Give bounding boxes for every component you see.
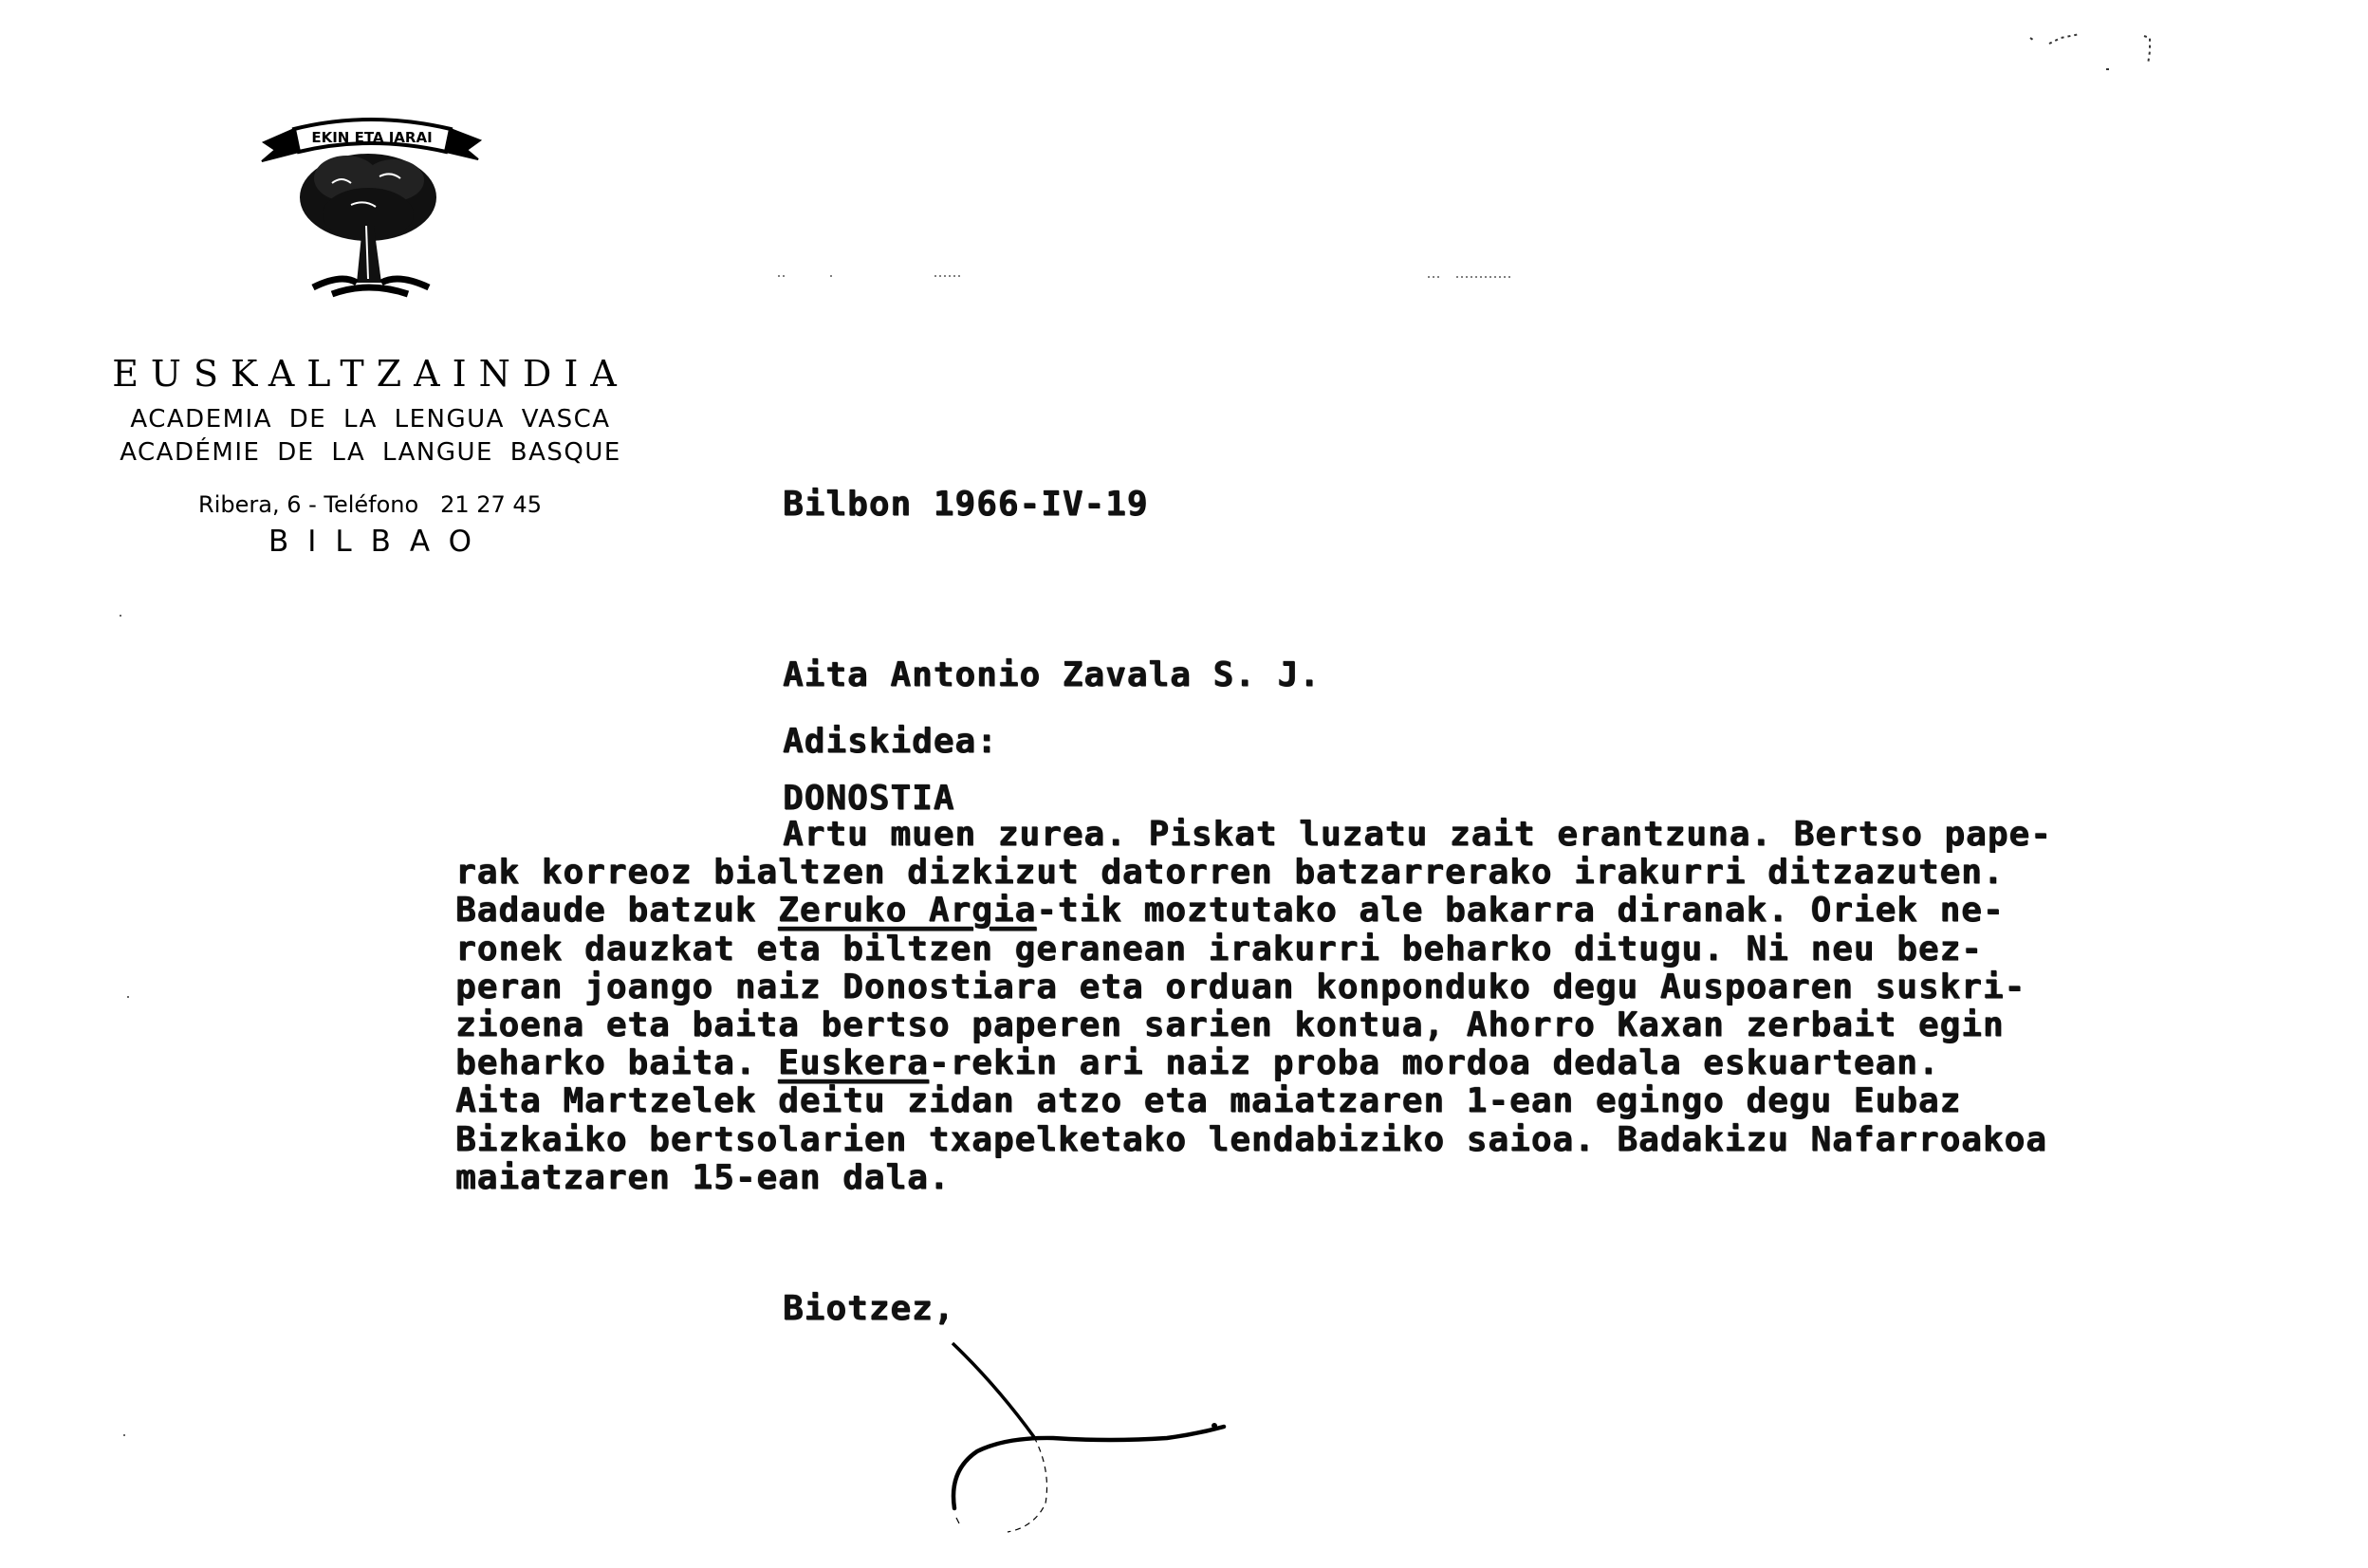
- org-name: EUSKALTZAINDIA: [112, 353, 629, 395]
- body-line: zioena eta baita bertso paperen sarien k…: [455, 1006, 2334, 1044]
- body-line: rak korreoz bialtzen dizkizut datorren b…: [455, 854, 2334, 892]
- handwritten-mark-icon: [1992, 17, 2182, 74]
- underlined-title: Euskera: [778, 1043, 929, 1082]
- body-text-run: Aita Martzelek deitu zidan atzo eta maia…: [455, 1081, 1961, 1120]
- org-city: BILBAO: [142, 525, 598, 559]
- letterhead-logo: EKIN ETA JARAI: [256, 93, 484, 302]
- oak-tree-emblem-icon: EKIN ETA JARAI: [256, 93, 484, 302]
- body-line: beharko baita. Euskera-rekin ari naiz pr…: [455, 1044, 2334, 1082]
- body-text-run: ronek dauzkat eta biltzen geranean iraku…: [455, 930, 1983, 968]
- body-line: Bizkaiko bertsolarien txapelketako lenda…: [455, 1121, 2334, 1159]
- org-subtitle-spanish: ACADEMIA DE LA LENGUA VASCA: [112, 405, 629, 434]
- body-line: Artu muen zurea. Piskat luzatu zait eran…: [455, 816, 2334, 854]
- org-address: Ribera, 6 - Teléfono 21 27 45: [142, 491, 598, 518]
- letter-body: Artu muen zurea. Piskat luzatu zait eran…: [455, 816, 2334, 1197]
- underlined-title: Zeruko Argia: [778, 891, 1036, 930]
- body-line: Aita Martzelek deitu zidan atzo eta maia…: [455, 1082, 2334, 1120]
- body-line: ronek dauzkat eta biltzen geranean iraku…: [455, 931, 2334, 968]
- body-text-run: -rekin ari naiz proba mordoa dedala esku…: [929, 1043, 1940, 1082]
- body-line: maiatzaren 15-ean dala.: [455, 1159, 2334, 1197]
- body-text-run: zioena eta baita bertso paperen sarien k…: [455, 1005, 2005, 1044]
- body-text-run: rak korreoz bialtzen dizkizut datorren b…: [455, 853, 2005, 892]
- scan-speck: [127, 996, 129, 998]
- addressee-name: Aita Antonio Zavala S. J.: [783, 656, 1321, 704]
- scan-speck: [123, 1434, 125, 1436]
- body-text-run: Badaude batzuk: [455, 891, 778, 930]
- body-text-run: maiatzaren 15-ean dala.: [455, 1158, 951, 1197]
- letter-date: Bilbon 1966-IV-19: [783, 486, 1148, 524]
- closing: Biotzez,: [783, 1290, 954, 1328]
- body-text-run: Artu muen zurea. Piskat luzatu zait eran…: [783, 815, 2052, 854]
- body-text-run: Bizkaiko bertsolarien txapelketako lenda…: [455, 1120, 2047, 1159]
- faint-rule-marks: [773, 270, 1627, 280]
- salutation: Adiskidea:: [783, 723, 998, 761]
- body-text-run: -tik moztutako ale bakarra diranak. Orie…: [1036, 891, 2004, 930]
- org-subtitle-french: ACADÉMIE DE LA LANGUE BASQUE: [112, 438, 629, 467]
- body-text-run: peran joango naiz Donostiara eta orduan …: [455, 968, 2026, 1006]
- scan-speck: [120, 615, 121, 617]
- body-line: Badaude batzuk Zeruko Argia-tik moztutak…: [455, 892, 2334, 930]
- body-text-run: beharko baita.: [455, 1043, 778, 1082]
- body-line: peran joango naiz Donostiara eta orduan …: [455, 968, 2334, 1006]
- svg-text:EKIN ETA JARAI: EKIN ETA JARAI: [311, 129, 432, 146]
- signature-icon: [892, 1328, 1233, 1546]
